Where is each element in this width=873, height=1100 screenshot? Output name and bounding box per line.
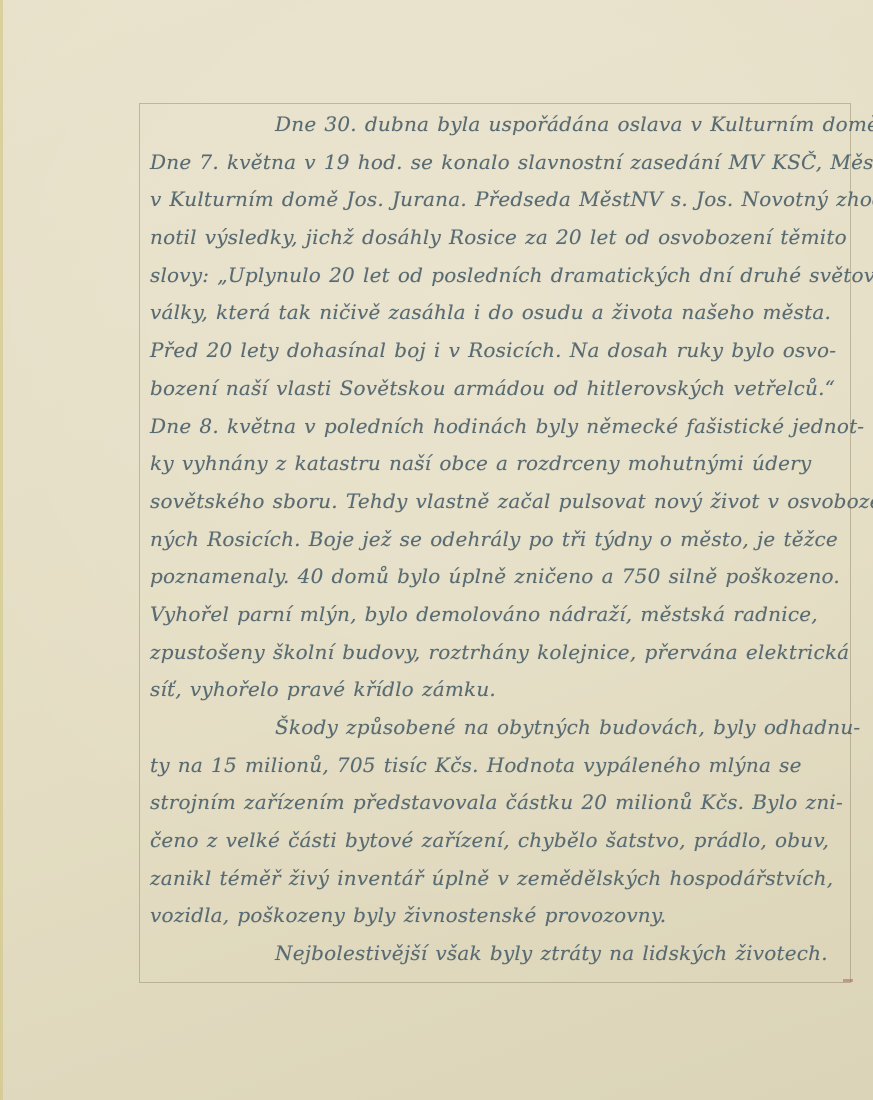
handwritten-line: ných Rosicích. Boje jež se odehrály po t… xyxy=(150,521,855,559)
chronicle-page: Dne 30. dubna byla uspořádána oslava v K… xyxy=(0,0,873,1100)
handwritten-line: války, která tak ničivě zasáhla i do osu… xyxy=(150,294,855,332)
handwritten-line: zpustošeny školní budovy, roztrhány kole… xyxy=(150,634,855,672)
handwritten-line: Dne 7. května v 19 hod. se konalo slavno… xyxy=(150,144,855,182)
handwritten-line: sovětského sboru. Tehdy vlastně začal pu… xyxy=(150,483,855,521)
handwritten-line: strojním zařízením představovala částku … xyxy=(150,784,855,822)
handwritten-line: notil výsledky, jichž dosáhly Rosice za … xyxy=(150,219,855,257)
page-edge-strip xyxy=(0,0,3,1100)
frame-corner-mark xyxy=(843,979,853,982)
handwritten-line: ky vyhnány z katastru naší obce a rozdrc… xyxy=(150,445,855,483)
handwritten-line: Dne 8. května v poledních hodinách byly … xyxy=(150,408,855,446)
handwritten-line: zanikl téměř živý inventář úplně v zeměd… xyxy=(150,860,855,898)
handwritten-line: Škody způsobené na obytných budovách, by… xyxy=(150,709,855,747)
handwritten-line: slovy: „Uplynulo 20 let od posledních dr… xyxy=(150,257,855,295)
handwritten-line: čeno z velké části bytové zařízení, chyb… xyxy=(150,822,855,860)
manuscript: Dne 30. dubna byla uspořádána oslava v K… xyxy=(150,106,855,973)
handwritten-line: v Kulturním domě Jos. Jurana. Předseda M… xyxy=(150,181,855,219)
handwritten-line: vozidla, poškozeny byly živnostenské pro… xyxy=(150,897,855,935)
handwritten-line: Dne 30. dubna byla uspořádána oslava v K… xyxy=(150,106,855,144)
handwritten-line: bození naší vlasti Sovětskou armádou od … xyxy=(150,370,855,408)
handwritten-line: poznamenaly. 40 domů bylo úplně zničeno … xyxy=(150,558,855,596)
handwritten-line: síť, vyhořelo pravé křídlo zámku. xyxy=(150,671,855,709)
handwritten-line: ty na 15 milionů, 705 tisíc Kčs. Hodnota… xyxy=(150,747,855,785)
handwritten-line: Před 20 lety dohasínal boj i v Rosicích.… xyxy=(150,332,855,370)
handwritten-line: Nejbolestivější však byly ztráty na lids… xyxy=(150,935,855,973)
handwritten-line: Vyhořel parní mlýn, bylo demolováno nádr… xyxy=(150,596,855,634)
